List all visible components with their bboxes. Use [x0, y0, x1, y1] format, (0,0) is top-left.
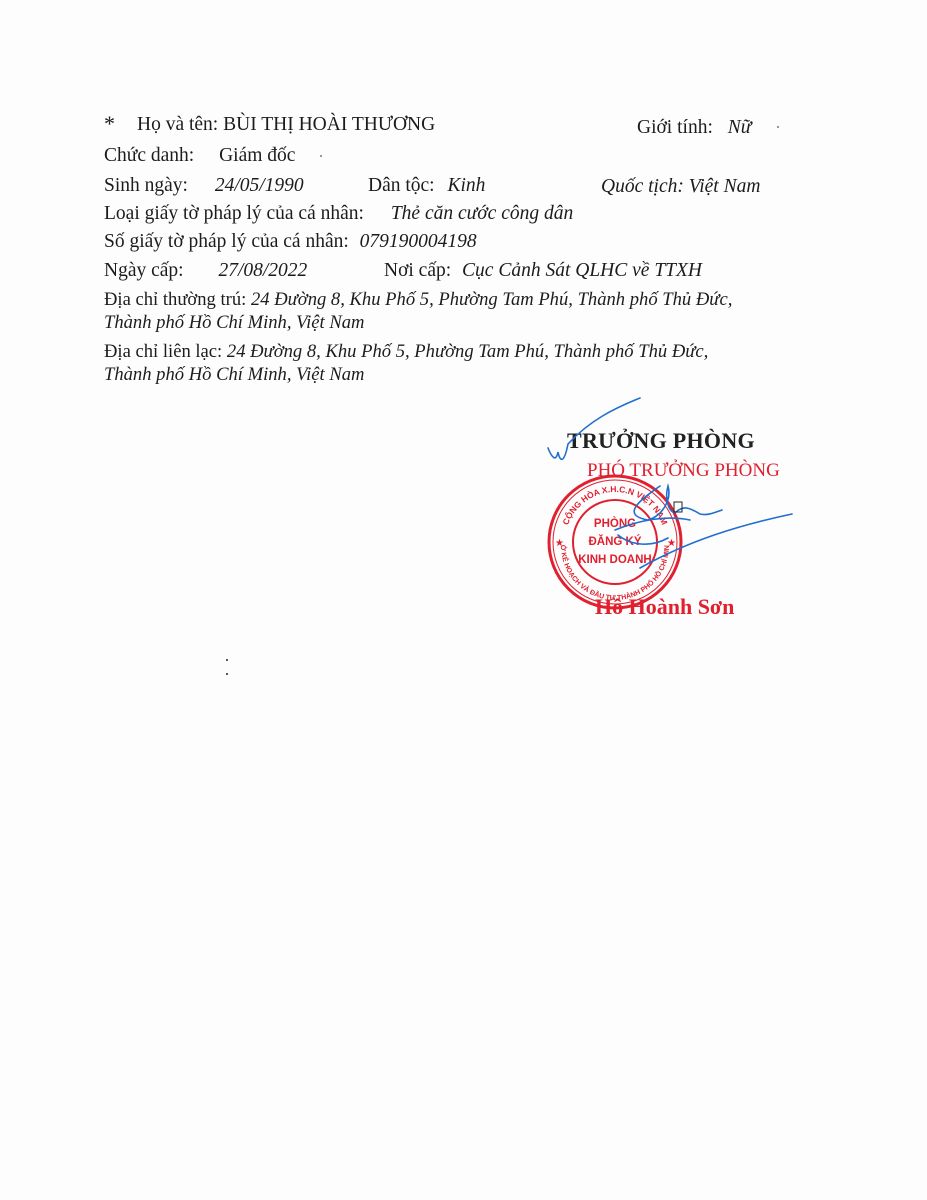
name-row: Họ và tên: BÙI THỊ HOÀI THƯƠNG — [137, 113, 435, 137]
issue-date-row: Ngày cấp: 27/08/2022 — [104, 259, 307, 283]
stamp-line3: KINH DOANH — [578, 551, 651, 569]
id-type-row: Loại giấy tờ pháp lý của cá nhân: Thẻ că… — [104, 202, 573, 226]
scan-speck — [226, 673, 228, 675]
scan-speck — [320, 155, 322, 157]
title-row: Chức danh: Giám đốc — [104, 144, 295, 168]
title-label: Chức danh: — [104, 145, 194, 166]
scan-speck — [226, 659, 228, 661]
stamp-line1: PHÒNG — [594, 515, 636, 533]
issue-date-label: Ngày cấp: — [104, 260, 184, 281]
stamp-line2: ĐĂNG KÝ — [588, 533, 641, 551]
id-number-value: 079190004198 — [360, 231, 477, 252]
dob-row: Sinh ngày: 24/05/1990 — [104, 174, 304, 198]
contact-address-line2: Thành phố Hồ Chí Minh, Việt Nam — [104, 363, 365, 387]
signatory-name: Hồ Hoành Sơn — [595, 594, 734, 620]
ethnicity-label: Dân tộc: — [368, 175, 435, 196]
name-label: Họ và tên: — [137, 114, 218, 135]
signature-title: TRƯỞNG PHÒNG — [567, 428, 755, 454]
id-type-label: Loại giấy tờ pháp lý của cá nhân: — [104, 203, 364, 224]
title-value: Giám đốc — [219, 145, 295, 166]
bullet-star: * — [104, 112, 115, 136]
gender-label: Giới tính: — [637, 117, 713, 138]
name-value: BÙI THỊ HOÀI THƯƠNG — [223, 114, 435, 135]
issue-place-value: Cục Cảnh Sát QLHC về TTXH — [462, 260, 702, 281]
stamp-center: PHÒNG ĐĂNG KÝ KINH DOANH — [545, 472, 685, 612]
contact-address-line1: 24 Đường 8, Khu Phố 5, Phường Tam Phú, T… — [227, 341, 708, 362]
contact-address-label: Địa chỉ liên lạc: — [104, 341, 222, 362]
nationality-row: Quốc tịch: Việt Nam — [601, 175, 760, 199]
issue-place-row: Nơi cấp: Cục Cảnh Sát QLHC về TTXH — [384, 259, 702, 283]
id-number-label: Số giấy tờ pháp lý của cá nhân: — [104, 231, 349, 252]
id-number-row: Số giấy tờ pháp lý của cá nhân: 07919000… — [104, 230, 477, 254]
permanent-address-line2: Thành phố Hồ Chí Minh, Việt Nam — [104, 311, 365, 335]
scan-speck — [777, 126, 779, 128]
ethnicity-value: Kinh — [447, 175, 485, 196]
dob-label: Sinh ngày: — [104, 175, 188, 196]
issue-place-label: Nơi cấp: — [384, 260, 451, 281]
gender-row: Giới tính: Nữ — [637, 116, 751, 140]
gender-value: Nữ — [728, 117, 752, 138]
permanent-address-row: Địa chỉ thường trú: 24 Đường 8, Khu Phố … — [104, 288, 732, 312]
permanent-address-label: Địa chỉ thường trú: — [104, 289, 246, 310]
official-stamp: CỘNG HÒA X.H.C.N VIỆT NAM SỞ KẾ HOẠCH VÀ… — [545, 472, 685, 612]
contact-address-row: Địa chỉ liên lạc: 24 Đường 8, Khu Phố 5,… — [104, 340, 708, 364]
dob-value: 24/05/1990 — [215, 175, 304, 196]
ethnicity-row: Dân tộc: Kinh — [368, 174, 485, 198]
nationality-value: Việt Nam — [689, 176, 761, 197]
issue-date-value: 27/08/2022 — [218, 260, 307, 281]
permanent-address-line1: 24 Đường 8, Khu Phố 5, Phường Tam Phú, T… — [251, 289, 732, 310]
id-type-value: Thẻ căn cước công dân — [391, 203, 573, 224]
nationality-label: Quốc tịch: — [601, 176, 684, 197]
document-page: * Họ và tên: BÙI THỊ HOÀI THƯƠNG Giới tí… — [0, 0, 927, 1200]
